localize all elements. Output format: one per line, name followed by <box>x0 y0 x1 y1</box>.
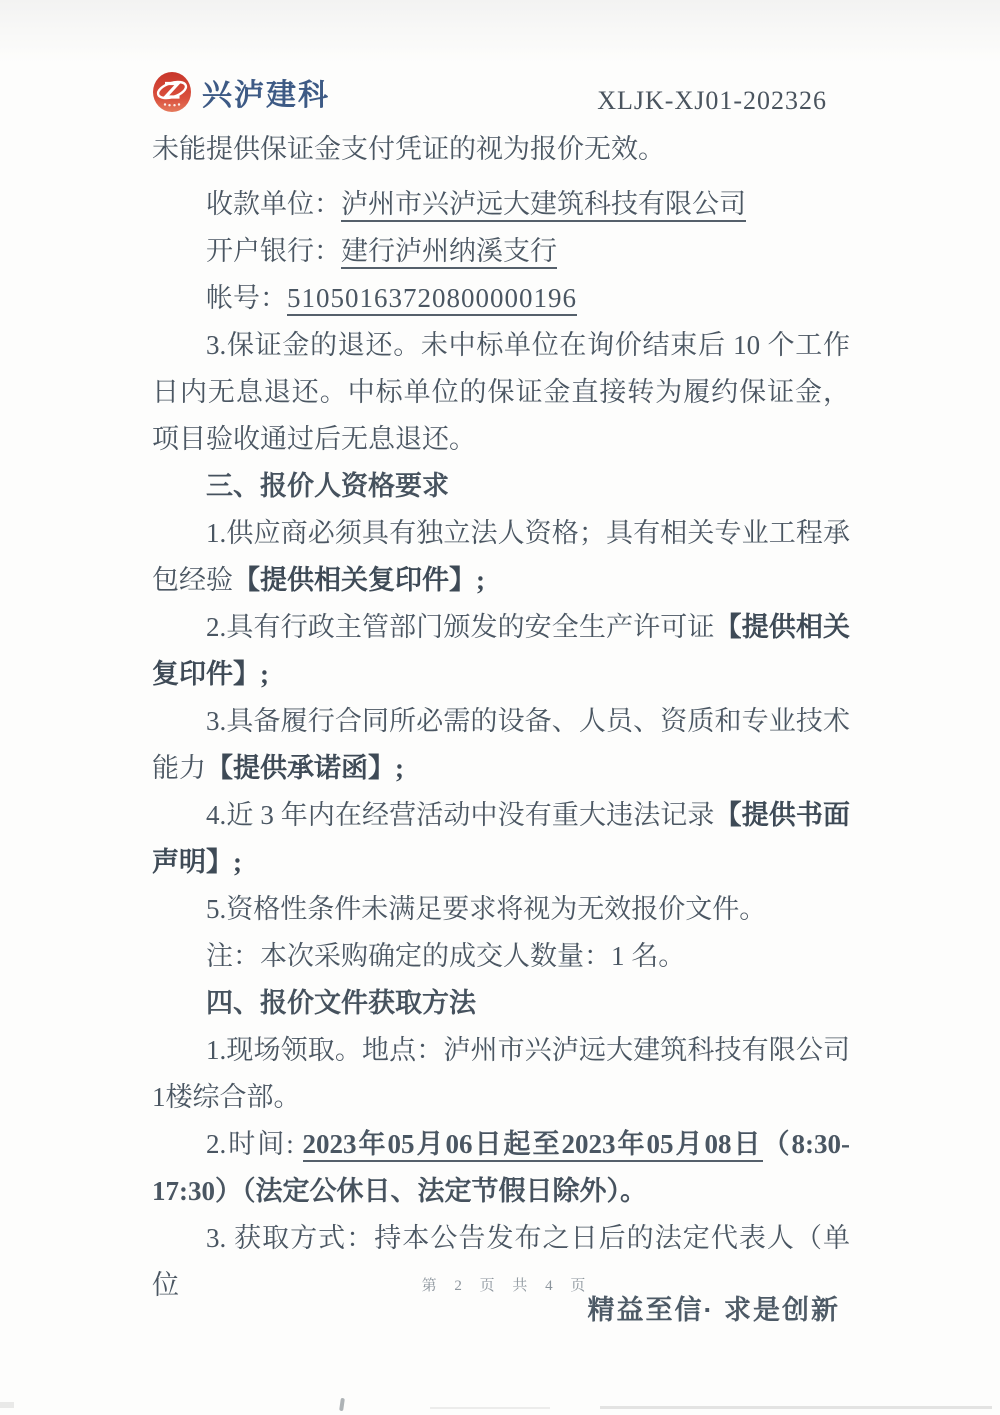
red-circle-swoosh-icon <box>152 71 192 113</box>
paragraph-payee: 收款单位：泸州市兴泸远大建筑科技有限公司 <box>152 181 850 228</box>
paragraph-qualification-2: 2.具有行政主管部门颁发的安全生产许可证【提供相关复印件】; <box>152 604 850 698</box>
paragraph-qualification-1: 1.供应商必须具有独立法人资格；具有相关专业工程承包经验【提供相关复印件】; <box>152 510 850 604</box>
time-label: 2.时间: <box>206 1129 303 1159</box>
paragraph-method-2: 2.时间: 2023年05月06日起至2023年05月08日（8:30-17:3… <box>152 1121 850 1215</box>
paragraph-bank: 开户银行：建行泸州纳溪支行 <box>152 228 850 275</box>
paragraph-qualification-4: 4.近 3 年内在经营活动中没有重大违法记录【提供书面声明】; <box>152 792 850 886</box>
paragraph-note: 注：本次采购确定的成交人数量：1 名。 <box>152 933 850 980</box>
section-heading-qualifications: 三、报价人资格要求 <box>152 463 850 510</box>
paragraph-deposit-refund: 3.保证金的退还。未中标单位在询价结束后 10 个工作日内无息退还。中标单位的保… <box>152 322 850 463</box>
scan-artifact <box>430 1407 550 1409</box>
paragraph-qualification-5: 5.资格性条件未满足要求将视为无效报价文件。 <box>152 886 850 933</box>
bank-value: 建行泸州纳溪支行 <box>341 236 557 269</box>
document-body: 未能提供保证金支付凭证的视为报价无效。 收款单位：泸州市兴泸远大建筑科技有限公司… <box>152 126 850 1309</box>
bracket-note: 【提供承诺函】 <box>206 753 395 783</box>
scan-artifact <box>339 1398 345 1411</box>
company-slogan: 精益至信· 求是创新 <box>588 1288 841 1327</box>
payee-value: 泸州市兴泸远大建筑科技有限公司 <box>341 189 746 222</box>
paragraph-intro: 未能提供保证金支付凭证的视为报价无效。 <box>152 126 850 173</box>
document-page: 兴泸建科 XLJK-XJ01-202326 未能提供保证金支付凭证的视为报价无效… <box>0 0 1000 1415</box>
logo-text: 兴泸建科 <box>202 70 330 114</box>
page-number: 第 2 页 共 4 页 <box>0 1274 1000 1295</box>
holiday-note: （法定公休日、法定节假日除外）。 <box>242 1176 647 1206</box>
bracket-note: 【提供相关复印件】 <box>233 565 476 595</box>
paragraph-qualification-3: 3.具备履行合同所必需的设备、人员、资质和专业技术能力【提供承诺函】; <box>152 698 850 792</box>
payee-label: 收款单位： <box>206 189 341 219</box>
paragraph-method-1: 1.现场领取。地点：泸州市兴泸远大建筑科技有限公司1楼综合部。 <box>152 1027 850 1121</box>
date-range: 2023年05月06日起至2023年05月08日 <box>303 1129 763 1162</box>
scan-artifact <box>600 1406 992 1409</box>
account-number: 51050163720800000196 <box>287 283 577 316</box>
scan-artifact <box>0 1402 14 1408</box>
account-label: 帐号： <box>206 283 287 313</box>
bank-label: 开户银行： <box>206 236 341 266</box>
paragraph-account: 帐号：51050163720800000196 <box>152 275 850 322</box>
section-heading-obtain-method: 四、报价文件获取方法 <box>152 980 850 1027</box>
document-number: XLJK-XJ01-202326 <box>597 86 827 116</box>
